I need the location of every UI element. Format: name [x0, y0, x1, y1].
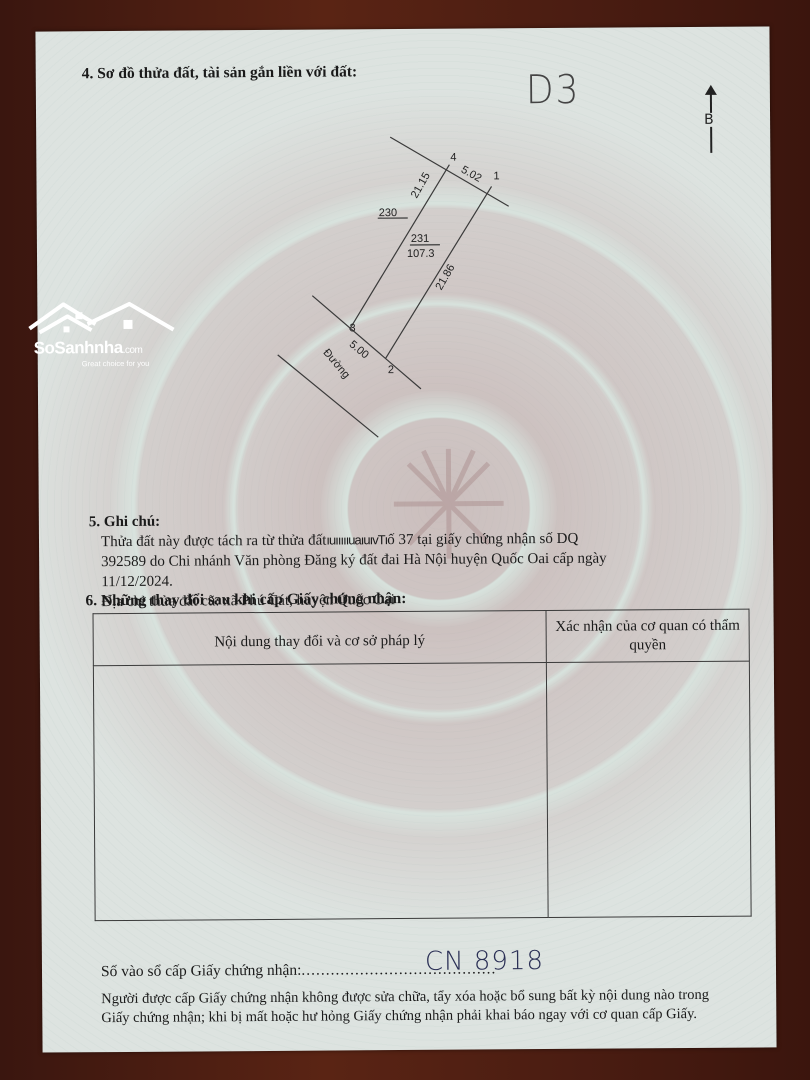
edge-length-1-2: 21.86: [433, 262, 457, 292]
parcel-diagram: 4 1 2 3 5.02 21.15 21.86 5.00 230 231 10…: [35, 26, 772, 491]
certificate-page: 4. Sơ đồ thửa đất, tài sản gắn liền với …: [35, 26, 776, 1052]
sosanhnha-watermark: SoSanhnha.com Great choice for you: [25, 296, 186, 377]
warning-notice: Người được cấp Giấy chứng nhận không đượ…: [101, 986, 761, 1029]
section-6-title: 6. Những thay đổi sau khi cấp Giấy chứng…: [85, 590, 406, 610]
vertex-3: 3: [349, 322, 355, 334]
edge-length-3-4: 21.15: [409, 171, 433, 201]
vertex-4: 4: [450, 152, 456, 164]
watermark-brand: SoSanhnha.com: [34, 338, 143, 359]
boundary-front-line: [312, 295, 421, 390]
confirmation-cell: [546, 661, 751, 917]
vertex-1: 1: [493, 170, 499, 182]
changes-table: Nội dung thay đổi và cơ sở pháp lý Xác n…: [93, 609, 752, 922]
house-roofs-icon: [25, 296, 185, 343]
edge-1-2: [385, 186, 493, 358]
registration-label: Số vào sổ cấp Giấy chứng nhận:: [101, 962, 302, 980]
registration-number-handwritten: CN 8918: [425, 946, 544, 977]
edge-3-4: [348, 165, 450, 330]
vertex-2: 2: [388, 364, 394, 376]
edge-length-2-3: 5.00: [347, 338, 371, 361]
road-label: Đường: [320, 347, 352, 381]
parcel-number-231: 231: [411, 233, 429, 245]
column-header-confirmation: Xác nhận của cơ quan có thẩm quyền: [546, 609, 749, 662]
warning-line-2: Giấy chứng nhận; khi bị mất hoặc hư hỏng…: [101, 1005, 761, 1029]
edge-length-4-1: 5.02: [459, 164, 484, 185]
table-row-empty: [93, 661, 751, 921]
content-cell: [93, 663, 548, 921]
column-header-content: Nội dung thay đổi và cơ sở pháp lý: [93, 611, 546, 666]
parcel-area: 107.3: [407, 248, 435, 260]
neighbor-parcel-230: 230: [379, 207, 397, 219]
boundary-top-line: [390, 136, 508, 207]
watermark-tagline: Great choice for you: [82, 359, 150, 368]
redacted-text: ıuıııııuaıuıvTı: [326, 532, 387, 547]
road-edge-line: [278, 354, 379, 438]
